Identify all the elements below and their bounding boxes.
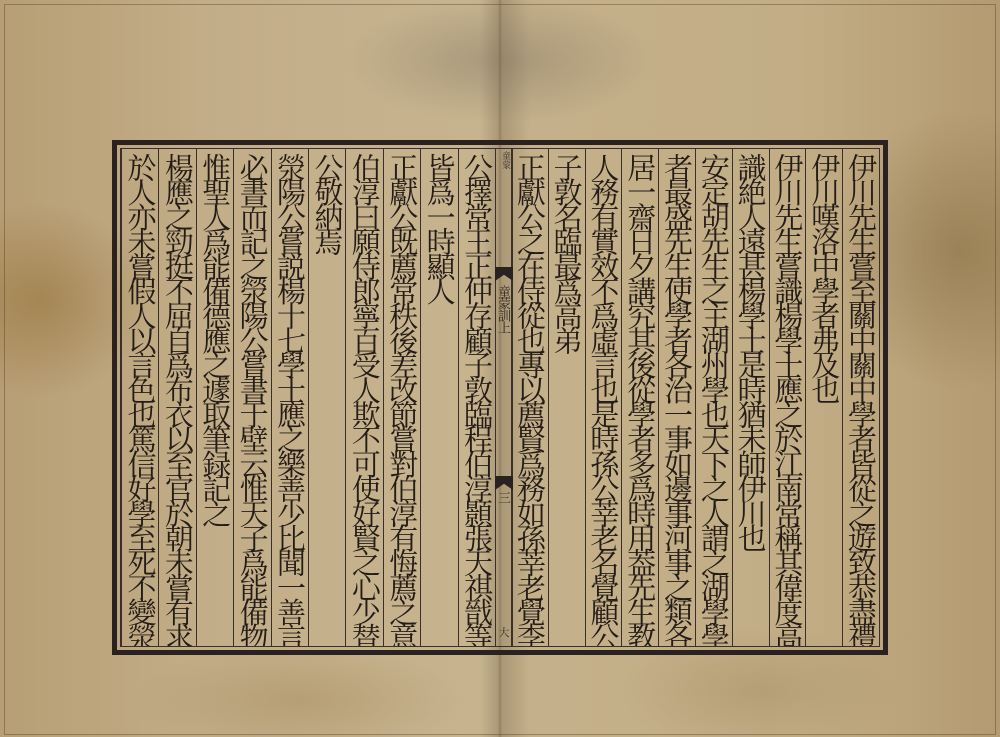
- text-column: 必書而記之滎陽公嘗書于壁云惟天子爲能備物: [233, 149, 270, 646]
- text-column: 子敦名臨最爲高弟: [548, 149, 585, 646]
- text-column: 識絶人遠甚楊學士是時猶未師伊川也: [732, 149, 769, 646]
- text-column: 伊川先生嘗至關中關中學者皆從之遊致恭盡禮: [842, 149, 879, 646]
- right-page-text: 伊川先生嘗至關中關中學者皆從之遊致恭盡禮 伊川嘆洛中學者弗及也 伊川先生嘗識楊學…: [511, 149, 879, 646]
- text-column: 皆爲一時顯人: [420, 149, 457, 646]
- book-spread: 伊川先生嘗至關中關中學者皆從之遊致恭盡禮 伊川嘆洛中學者弗及也 伊川先生嘗識楊學…: [0, 0, 1000, 737]
- inner-border: 伊川先生嘗至關中關中學者皆從之遊致恭盡禮 伊川嘆洛中學者弗及也 伊川先生嘗識楊學…: [120, 148, 880, 647]
- text-column: 伊川嘆洛中學者弗及也: [805, 149, 842, 646]
- center-top-mark: 童蒙: [496, 151, 512, 169]
- text-column: 於人亦未嘗假人以言色也篤信好學至死不變滎: [121, 149, 158, 646]
- text-column: 公敬納焉: [308, 149, 345, 646]
- text-column: 公擇常王正仲存顧子敦臨程伯淳顥張天祺戩等: [458, 149, 495, 646]
- text-column-content: 伊川嘆洛中學者弗及也: [807, 153, 841, 400]
- text-column: 人務有實效不爲虛言也是時孫公莘老名覺顧公: [585, 149, 622, 646]
- block-heart-center-column: 童蒙 童蒙訓上 三 大: [495, 149, 513, 646]
- text-column: 安定胡先生之主湖州學也天下之人謂之湖學學: [695, 149, 732, 646]
- text-column: 居一齋日夕講究其後從學者多爲時用葢先生教: [621, 149, 658, 646]
- left-page-text: 公擇常王正仲存顧子敦臨程伯淳顥張天祺戩等 皆爲一時顯人 正獻公既薦常秩後差改節嘗…: [121, 149, 495, 646]
- text-column: 正獻公既薦常秩後差改節嘗對伯淳有悔薦之意: [383, 149, 420, 646]
- center-bottom-mark: 大: [496, 624, 512, 640]
- fish-tail-mark-lower-icon: [495, 476, 513, 490]
- page-number: 三: [496, 491, 512, 504]
- book-title: 童蒙訓上: [496, 285, 512, 333]
- fish-tail-mark-upper-icon: [495, 267, 513, 281]
- text-column: 滎陽公嘗説楊十七學士應之樂善少比聞一善言: [271, 149, 308, 646]
- text-column: 伊川先生嘗識楊學士應之於江南常稱其偉度高: [769, 149, 806, 646]
- text-column: 正獻公之在侍從也專以薦賢爲務如孫莘老覺李: [511, 149, 548, 646]
- text-column: 楊應之勁挺不屈自爲布衣以至官於朝未嘗有求: [158, 149, 195, 646]
- text-column: 者最盛先生使學者各治一事如邊事河事之類各: [658, 149, 695, 646]
- text-column: 惟聖人爲能備德應之遽取筆録記之: [196, 149, 233, 646]
- printed-frame: 伊川先生嘗至關中關中學者皆從之遊致恭盡禮 伊川嘆洛中學者弗及也 伊川先生嘗識楊學…: [112, 140, 888, 655]
- text-column: 伯淳曰願侍郎寧百受人欺不可使好賢之心少替: [345, 149, 382, 646]
